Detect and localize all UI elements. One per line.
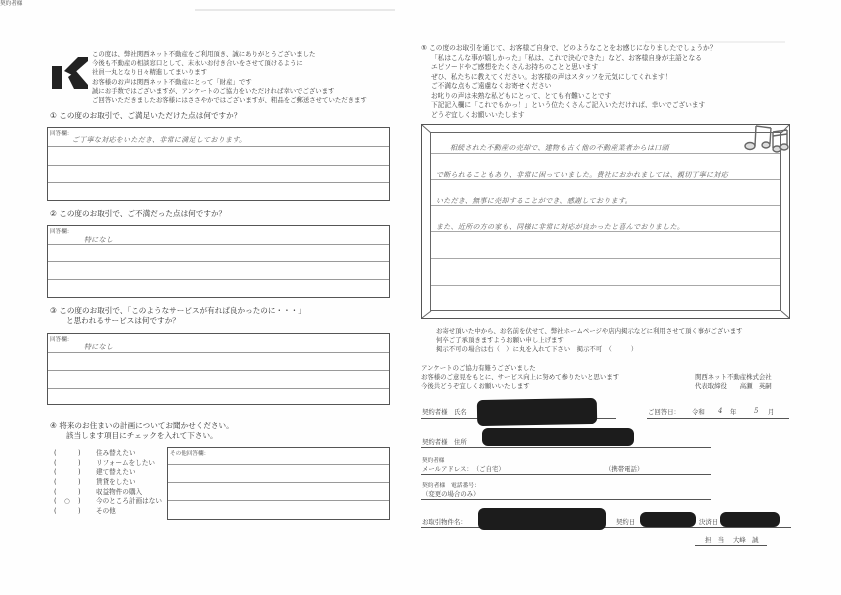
k-logo-icon (52, 57, 88, 89)
q5-line: どうぞ宜しくお願いいたします (421, 111, 716, 121)
checkbox-close-paren: ) (78, 488, 81, 498)
q3-answer-text: 特になし (84, 342, 113, 352)
checkbox-close-paren: ) (78, 449, 81, 459)
consent-text: お寄せ頂いた中から、お名前を伏せて、弊社ホームページや店内掲示などに利用させて頂… (436, 327, 743, 355)
checkbox-open-paren: ( (54, 478, 57, 488)
q5-answer-line: また、近所の方の家も、同様に非常に対応が良かったと喜んでおりました。 (436, 222, 684, 232)
representative: 代表取締役 高瀬 英嗣 (695, 382, 772, 391)
q5-answer-line: で断られることもあり、非常に困っていました。貴社におかれましては、親切丁寧に対応 (436, 170, 728, 180)
redacted-contract-date (640, 512, 696, 527)
option-label: 賃貸をしたい (96, 478, 136, 488)
q1-answer-text: ご丁寧な対応をいただき、非常に満足しております。 (72, 135, 246, 145)
q5-line: お叱りの声は未熟な私どもにとって、とても有難いことです (421, 92, 716, 102)
consent-refuse[interactable]: 掲示不可の場合は右（ ）に丸を入れて下さい 掲示不可 （ ） (436, 345, 743, 354)
option-label: その他 (96, 507, 116, 517)
q5-line: 下記記入欄に「これでもかっ！」という位たくさんご記入いただければ、幸いでございま… (421, 101, 716, 111)
property-label: お取引物件名： (422, 518, 467, 527)
answer-label: 回答欄： (50, 227, 72, 235)
mobile-label: （携帯電話） (605, 465, 643, 474)
address-label: 契約者様 住所 (422, 438, 467, 447)
option-label: リフォームをしたい (96, 459, 155, 469)
email-label: メールアドレス： （ご自宅） (422, 465, 505, 474)
answer-label: 回答欄： (50, 129, 72, 137)
intro-line: 誠にお手数ではございますが、アンケートのご協力をいただければ幸いでございます (92, 87, 367, 96)
redacted-settlement-date (720, 512, 780, 527)
checkbox-open-paren: ( (54, 468, 57, 478)
q5-prompt: ⑤ この度のお取引を通じて、お客様ご自身で、どのようなことをお感じになりましたで… (421, 44, 716, 120)
date-label: ご回答日： (648, 408, 680, 417)
settlement-date-label: 決済日 (699, 518, 718, 527)
option-label: 建て替えたい (96, 468, 136, 478)
intro-line: 社員一丸となり日々精進してまいります (92, 68, 367, 77)
q5-line: ⑤ この度のお取引を通じて、お客様ご自身で、どのようなことをお感じになりましたで… (421, 44, 716, 54)
option-label: 今のところ計画はない (96, 497, 162, 507)
checkbox-close-paren: ) (78, 459, 81, 469)
staff-label: 担 当 (705, 536, 724, 545)
thanks-line: 今後共どうぞ宜しくお願いいたします (421, 382, 619, 391)
q2-answer-box[interactable]: 回答欄： 特になし (47, 225, 390, 298)
name-label: 契約者様 氏名 (422, 408, 467, 417)
date-era: 令和 (692, 408, 705, 417)
redacted-address (482, 428, 634, 446)
phone-label: （変更の場合のみ） (422, 490, 480, 499)
q5-line: ご不満な点もご遠慮なくお寄せください (421, 82, 716, 92)
intro-line: この度は、弊社関西ネット不動産をご利用頂き、誠にありがとうございました (92, 50, 367, 59)
q5-answer-line: 相続された不動産の売却で、建物も古く他の不動産業者からは口頭 (450, 143, 669, 153)
redacted-name (477, 398, 597, 426)
q3-answer-box[interactable]: 回答欄： 特になし (47, 333, 390, 405)
phone-field[interactable] (421, 499, 711, 500)
q5-line: 「私はこんな事が嬉しかった」「私は、これで決心できた」など、お客様自身が主語とな… (421, 54, 716, 64)
q4-question-line1: ④ 将来のお住まいの計画についてお聞かせください。 (50, 421, 234, 431)
date-month-unit: 月 (768, 408, 774, 417)
q5-answer-line: いただき、無事に売却することができ、感謝しております。 (436, 196, 632, 206)
intro-text: この度は、弊社関西ネット不動産をご利用頂き、誠にありがとうございました 今後も不… (92, 50, 367, 105)
staff-name: 大峰 誠 (733, 536, 759, 545)
thanks-line: アンケートのご協力有難うございました (421, 364, 619, 373)
music-notes-icon (743, 122, 791, 156)
q3-question-line2: と思われるサービスは何ですか？ (66, 316, 180, 326)
answer-label: 回答欄： (50, 335, 72, 343)
intro-line: ご回答いただきましたお客様にはささやかではございますが、粗品をご郵送させていただ… (92, 96, 367, 105)
option-label: 住み替えたい (96, 449, 136, 459)
q5-line: ぜひ、私たちに教えてください。お客様の声はスタッフを元気にしてくれます！ (421, 73, 716, 83)
q2-question: ② この度のお取引で、ご不満だった点は何ですか？ (50, 209, 226, 219)
redacted-property (478, 508, 606, 530)
contract-date-label: 契約日 (616, 518, 635, 527)
q4-other-answer-box[interactable]: その他回答欄： (167, 447, 390, 520)
q3-question-line1: ③ この度のお取引で、「このようなサービスが有れば良かったのに・・・」 (50, 306, 306, 316)
checkbox-open-paren: ( (54, 488, 57, 498)
q5-line: エピソードやご感想をたくさんお持ちのことと思います (421, 63, 716, 73)
scan-artifact (645, 41, 785, 43)
checkbox-mark[interactable]: ○ (64, 497, 70, 507)
q1-answer-box[interactable]: 回答欄： ご丁寧な対応をいただき、非常に満足しております。 (47, 127, 390, 201)
checkbox-open-paren: ( (54, 497, 57, 507)
thanks-text: アンケートのご協力有難うございました お客様のご意見をもとに、サービス向上に努め… (421, 364, 619, 392)
checkbox-close-paren: ) (78, 478, 81, 488)
email-label-top: 契約者様 (0, 0, 22, 9)
scan-artifact (195, 9, 395, 11)
checkbox-open-paren: ( (54, 459, 57, 469)
date-year-unit: 年 (730, 408, 736, 417)
checkbox-open-paren: ( (54, 449, 57, 459)
date-month[interactable]: 5 (754, 407, 759, 415)
checkbox-close-paren: ) (78, 507, 81, 517)
intro-line: お客様のお声は関西ネット不動産にとって「財産」です (92, 78, 367, 87)
checkbox-open-paren: ( (54, 507, 57, 517)
date-year[interactable]: 4 (718, 407, 723, 415)
email-field[interactable] (421, 474, 711, 475)
checkbox-close-paren: ) (78, 468, 81, 478)
q1-question: ① この度のお取引で、ご満足いただけた点は何ですか？ (50, 111, 241, 121)
q4-question-line2: 該当します項目にチェックを入れて下さい。 (66, 431, 218, 441)
other-answer-label: その他回答欄： (170, 449, 209, 457)
option-label: 収益物件の購入 (96, 488, 142, 498)
consent-line: お寄せ頂いた中から、お名前を伏せて、弊社ホームページや店内掲示などに利用させて頂… (436, 327, 743, 336)
checkbox-close-paren: ) (78, 497, 81, 507)
company-name: 関西ネット不動産株式会社 (695, 373, 772, 382)
